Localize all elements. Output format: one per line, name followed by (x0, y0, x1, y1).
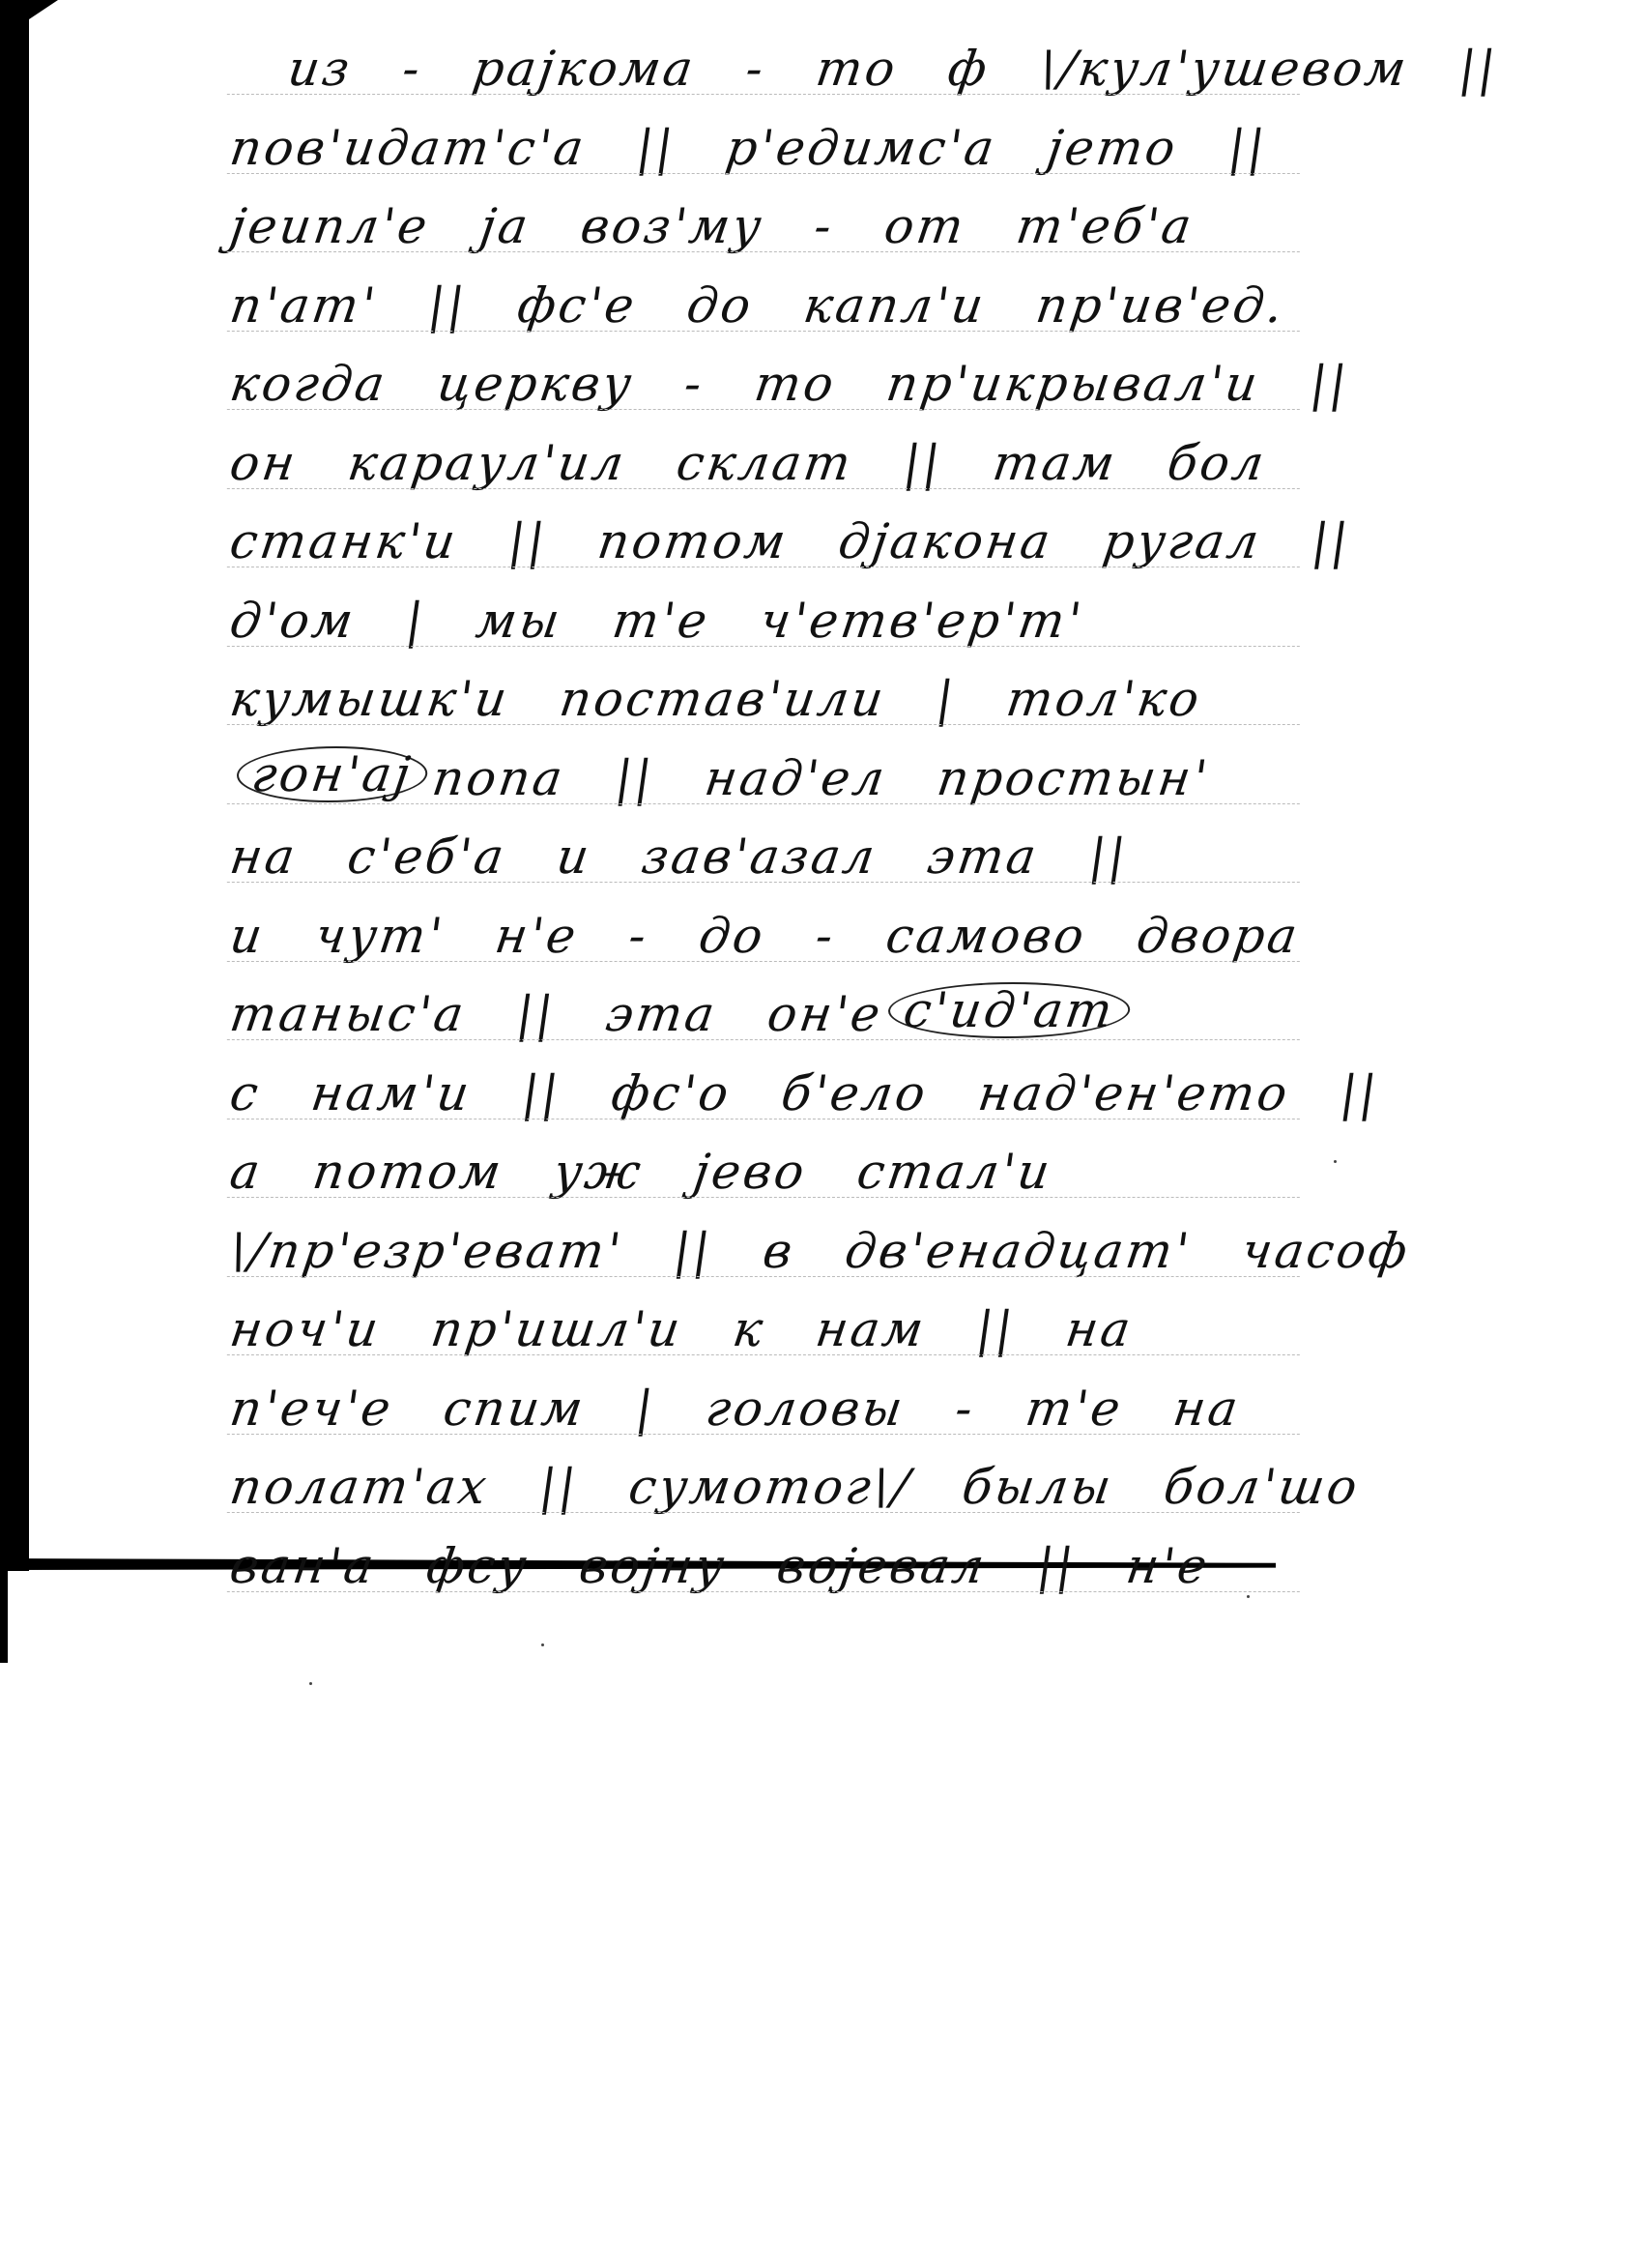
circled-word: гон'ај (233, 745, 432, 801)
manuscript-line: станк'и || потом дјакона ругал || (226, 492, 1310, 571)
manuscript-text: из - рајкома - то ф \/кул'ушевом || пов'… (232, 19, 1305, 1595)
manuscript-line: когда церкву - то пр'икрывал'и || (226, 334, 1310, 414)
manuscript-line: \/пр'езр'еват' || в дв'енадцат' часоф (226, 1202, 1310, 1281)
scan-speck (309, 1682, 312, 1685)
manuscript-line: пов'идат'с'а || р'едимс'а јето || (226, 99, 1310, 178)
scan-speck (541, 1643, 544, 1646)
manuscript-line: он караул'ил склат || там бол (226, 414, 1310, 493)
circled-word: с'ид'ат (885, 982, 1135, 1038)
manuscript-line-with-circled-word: таныс'а || эта он'е с'ид'ат (226, 965, 1310, 1044)
manuscript-line: с нам'и || фс'о б'ело над'ен'ето || (226, 1044, 1310, 1123)
page-corner (0, 0, 58, 39)
manuscript-line: ноч'и пр'ишл'и к нам || на (226, 1280, 1310, 1359)
manuscript-line: кумышк'и постав'или | тол'ко (226, 650, 1310, 729)
scan-speck (1247, 1595, 1250, 1598)
page-edge-left (0, 0, 29, 1571)
manuscript-line: и чут' н'е - до - самово двора (226, 887, 1310, 966)
manuscript-line: на с'еб'а и зав'азал эта || (226, 807, 1310, 887)
manuscript-line: д'ом | мы т'е ч'етв'ер'т' (226, 571, 1310, 651)
manuscript-line-with-circled-word: гон'ај попа || над'ел простын' (226, 729, 1310, 808)
scan-speck (1334, 1160, 1337, 1163)
manuscript-line: а потом уж јево стал'и (226, 1122, 1310, 1202)
manuscript-line: п'ат' || фс'е до капл'и пр'ив'ед. (226, 256, 1310, 335)
manuscript-line: п'еч'е спим | головы - т'е на (226, 1359, 1310, 1439)
page-edge-left-lower (0, 1566, 8, 1663)
manuscript-line: јеипл'е ја воз'му - от т'еб'а (226, 177, 1310, 256)
manuscript-line: полат'ах || сумотог\/ былы бол'шо (226, 1438, 1310, 1517)
manuscript-line: из - рајкома - то ф \/кул'ушевом || (226, 19, 1310, 99)
manuscript-line: ван'а фсу војну војевал || н'е (226, 1517, 1310, 1596)
